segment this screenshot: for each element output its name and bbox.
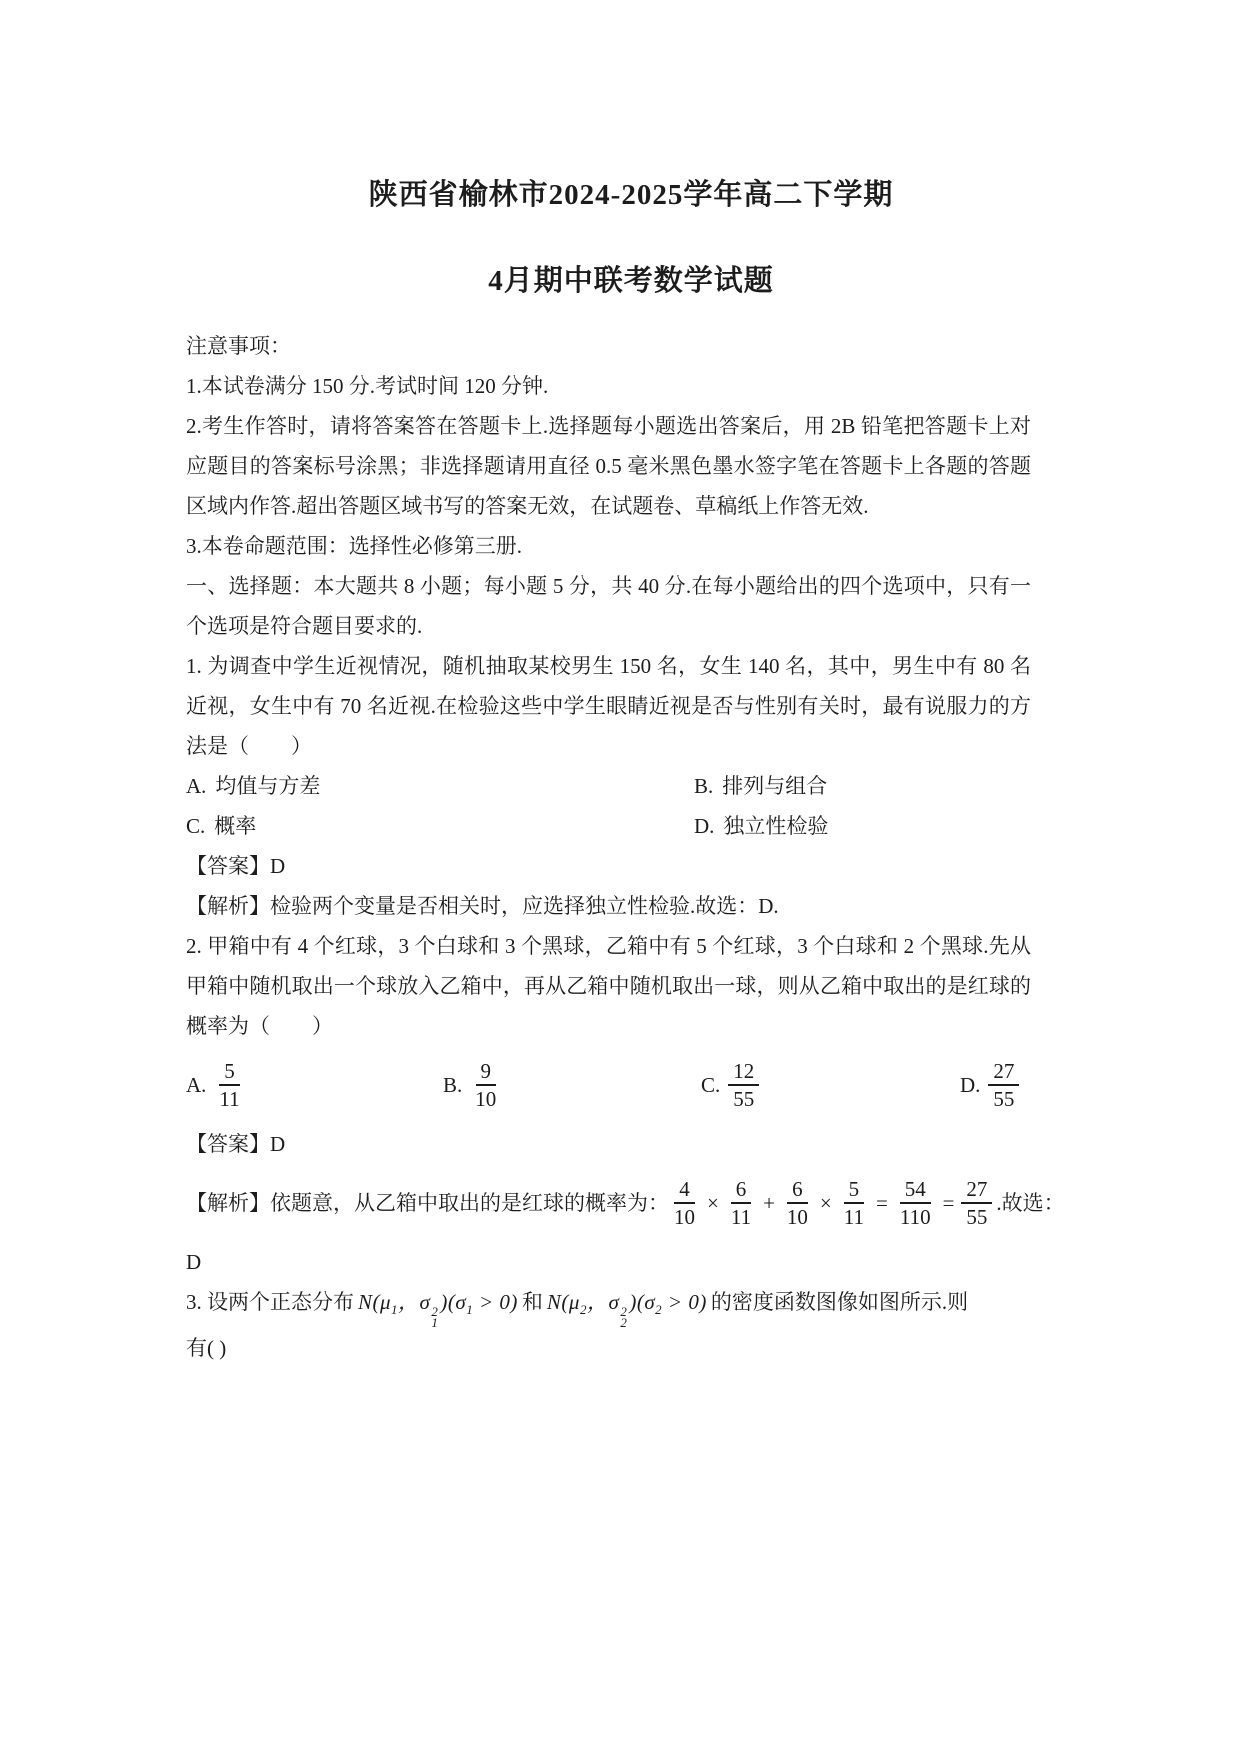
document-header: 陕西省榆林市2024-2025学年高二下学期 4月期中联考数学试题 [0, 0, 1240, 300]
section-1-header: 一、选择题：本大题共 8 小题；每小题 5 分，共 40 分.在每小题给出的四个… [186, 566, 1031, 646]
option-label: D. [960, 1073, 980, 1098]
document-body: 注意事项： 1.本试卷满分 150 分.考试时间 120 分钟. 2.考生作答时… [186, 326, 1031, 1368]
notice-heading: 注意事项： [186, 326, 1031, 366]
document-title-line2: 4月期中联考数学试题 [22, 262, 1240, 300]
question-2-analysis: 【解析】依题意，从乙箱中取出的是红球的概率为： 4 10 × 6 11 + 6 … [186, 1176, 1031, 1230]
question-2-analysis-choice: D [186, 1242, 1031, 1282]
question-2-option-b: B. 9 10 [443, 1058, 701, 1112]
math-text: N(μ [358, 1290, 391, 1314]
math-text: ，σ [587, 1290, 619, 1314]
exam-paper-page: 陕西省榆林市2024-2025学年高二下学期 4月期中联考数学试题 注意事项： … [0, 0, 1240, 1754]
option-label: C. [186, 806, 205, 846]
question-1-options: A. 均值与方差 B. 排列与组合 C. 概率 D. 独立性检验 [186, 766, 1031, 846]
question-1-option-d: D. 独立性检验 [694, 806, 1031, 846]
option-label: A. [186, 1073, 206, 1098]
fraction: 4 10 [669, 1176, 700, 1230]
fraction-denominator: 11 [214, 1086, 244, 1112]
fraction: 12 55 [728, 1058, 759, 1112]
math-text: > 0) [662, 1290, 707, 1314]
option-label: D. [694, 806, 714, 846]
multiply-operator: × [707, 1191, 719, 1216]
plus-operator: + [763, 1191, 775, 1216]
question-1-analysis: 【解析】检验两个变量是否相关时，应选择独立性检验.故选：D. [186, 886, 1031, 926]
subscript: 1 [431, 1317, 438, 1328]
analysis-suffix: .故选： [996, 1188, 1064, 1218]
option-text: 排列与组合 [722, 766, 827, 806]
fraction-denominator: 11 [726, 1204, 756, 1230]
question-1-option-c: C. 概率 [186, 806, 694, 846]
question-2-option-a: A. 5 11 [186, 1058, 443, 1112]
fraction-denominator: 10 [470, 1086, 501, 1112]
option-label: C. [701, 1073, 720, 1098]
question-1-option-a: A. 均值与方差 [186, 766, 694, 806]
option-text: 概率 [214, 806, 256, 846]
fraction: 6 10 [782, 1176, 813, 1230]
question-2-option-d: D. 27 55 [960, 1058, 1031, 1112]
math-text: > 0) [473, 1290, 518, 1314]
fraction-numerator: 4 [674, 1176, 695, 1204]
fraction-numerator: 54 [900, 1176, 931, 1204]
fraction-denominator: 10 [669, 1204, 700, 1230]
fraction-numerator: 12 [728, 1058, 759, 1086]
option-text: 独立性检验 [723, 806, 828, 846]
notice-item-1: 1.本试卷满分 150 分.考试时间 120 分钟. [186, 366, 1031, 406]
math-text: ，σ [398, 1290, 430, 1314]
fraction-denominator: 55 [988, 1086, 1019, 1112]
multiply-operator: × [820, 1191, 832, 1216]
sigma-superscript-subscript: 22 [620, 1306, 627, 1328]
sigma-superscript-subscript: 21 [431, 1306, 438, 1328]
question-1-option-b: B. 排列与组合 [694, 766, 1031, 806]
subscript: 2 [620, 1317, 627, 1328]
subscript: 1 [391, 1302, 398, 1317]
subscript: 2 [580, 1302, 587, 1317]
fraction-denominator: 55 [961, 1204, 992, 1230]
question-3-text-post: 的密度函数图像如图所示.则 [711, 1290, 968, 1314]
fraction: 54 110 [895, 1176, 936, 1230]
math-text: )(σ [629, 1290, 655, 1314]
notice-item-2: 2.考生作答时，请将答案答在答题卡上.选择题每小题选出答案后，用 2B 铅笔把答… [186, 406, 1031, 526]
math-text: N(μ [547, 1290, 580, 1314]
normal-distribution-2: N(μ2，σ22)(σ2 > 0) [547, 1290, 707, 1314]
option-label: A. [186, 766, 206, 806]
fraction-numerator: 6 [731, 1176, 752, 1204]
fraction-denominator: 55 [728, 1086, 759, 1112]
fraction-numerator: 27 [961, 1176, 992, 1204]
question-2-option-c: C. 12 55 [701, 1058, 960, 1112]
question-2-options: A. 5 11 B. 9 10 C. 12 55 [186, 1058, 1031, 1112]
question-1-stem: 1. 为调查中学生近视情况，随机抽取某校男生 150 名，女生 140 名，其中… [186, 646, 1031, 766]
question-2-answer: 【答案】D [186, 1124, 1031, 1164]
fraction-denominator: 110 [895, 1204, 936, 1230]
fraction-numerator: 5 [219, 1058, 240, 1086]
question-2-stem: 2. 甲箱中有 4 个红球，3 个白球和 3 个黑球，乙箱中有 5 个红球，3 … [186, 926, 1031, 1046]
fraction-numerator: 5 [844, 1176, 865, 1204]
question-1-answer: 【答案】D [186, 846, 1031, 886]
question-3-text-pre: 3. 设两个正态分布 [186, 1290, 354, 1314]
fraction: 5 11 [214, 1058, 244, 1112]
equals-operator: = [943, 1191, 955, 1216]
fraction: 9 10 [470, 1058, 501, 1112]
fraction: 27 55 [961, 1176, 992, 1230]
question-3-conjunction: 和 [522, 1290, 543, 1314]
option-label: B. [443, 1073, 462, 1098]
fraction-numerator: 9 [476, 1058, 497, 1086]
option-text: 均值与方差 [215, 766, 320, 806]
fraction: 6 11 [726, 1176, 756, 1230]
analysis-prefix: 【解析】依题意，从乙箱中取出的是红球的概率为： [186, 1188, 669, 1218]
document-title-line1: 陕西省榆林市2024-2025学年高二下学期 [22, 176, 1240, 214]
fraction-numerator: 27 [988, 1058, 1019, 1086]
normal-distribution-1: N(μ1，σ21)(σ1 > 0) [358, 1290, 518, 1314]
fraction: 5 11 [839, 1176, 869, 1230]
equals-operator: = [876, 1191, 888, 1216]
fraction-denominator: 10 [782, 1204, 813, 1230]
math-text: )(σ [440, 1290, 466, 1314]
fraction: 27 55 [988, 1058, 1019, 1112]
fraction-denominator: 11 [839, 1204, 869, 1230]
question-3-stem-line2: 有( ) [186, 1328, 1031, 1368]
notice-item-3: 3.本卷命题范围：选择性必修第三册. [186, 526, 1031, 566]
fraction-numerator: 6 [787, 1176, 808, 1204]
question-3-stem: 3. 设两个正态分布N(μ1，σ21)(σ1 > 0)和N(μ2，σ22)(σ2… [186, 1282, 1031, 1328]
option-label: B. [694, 766, 713, 806]
